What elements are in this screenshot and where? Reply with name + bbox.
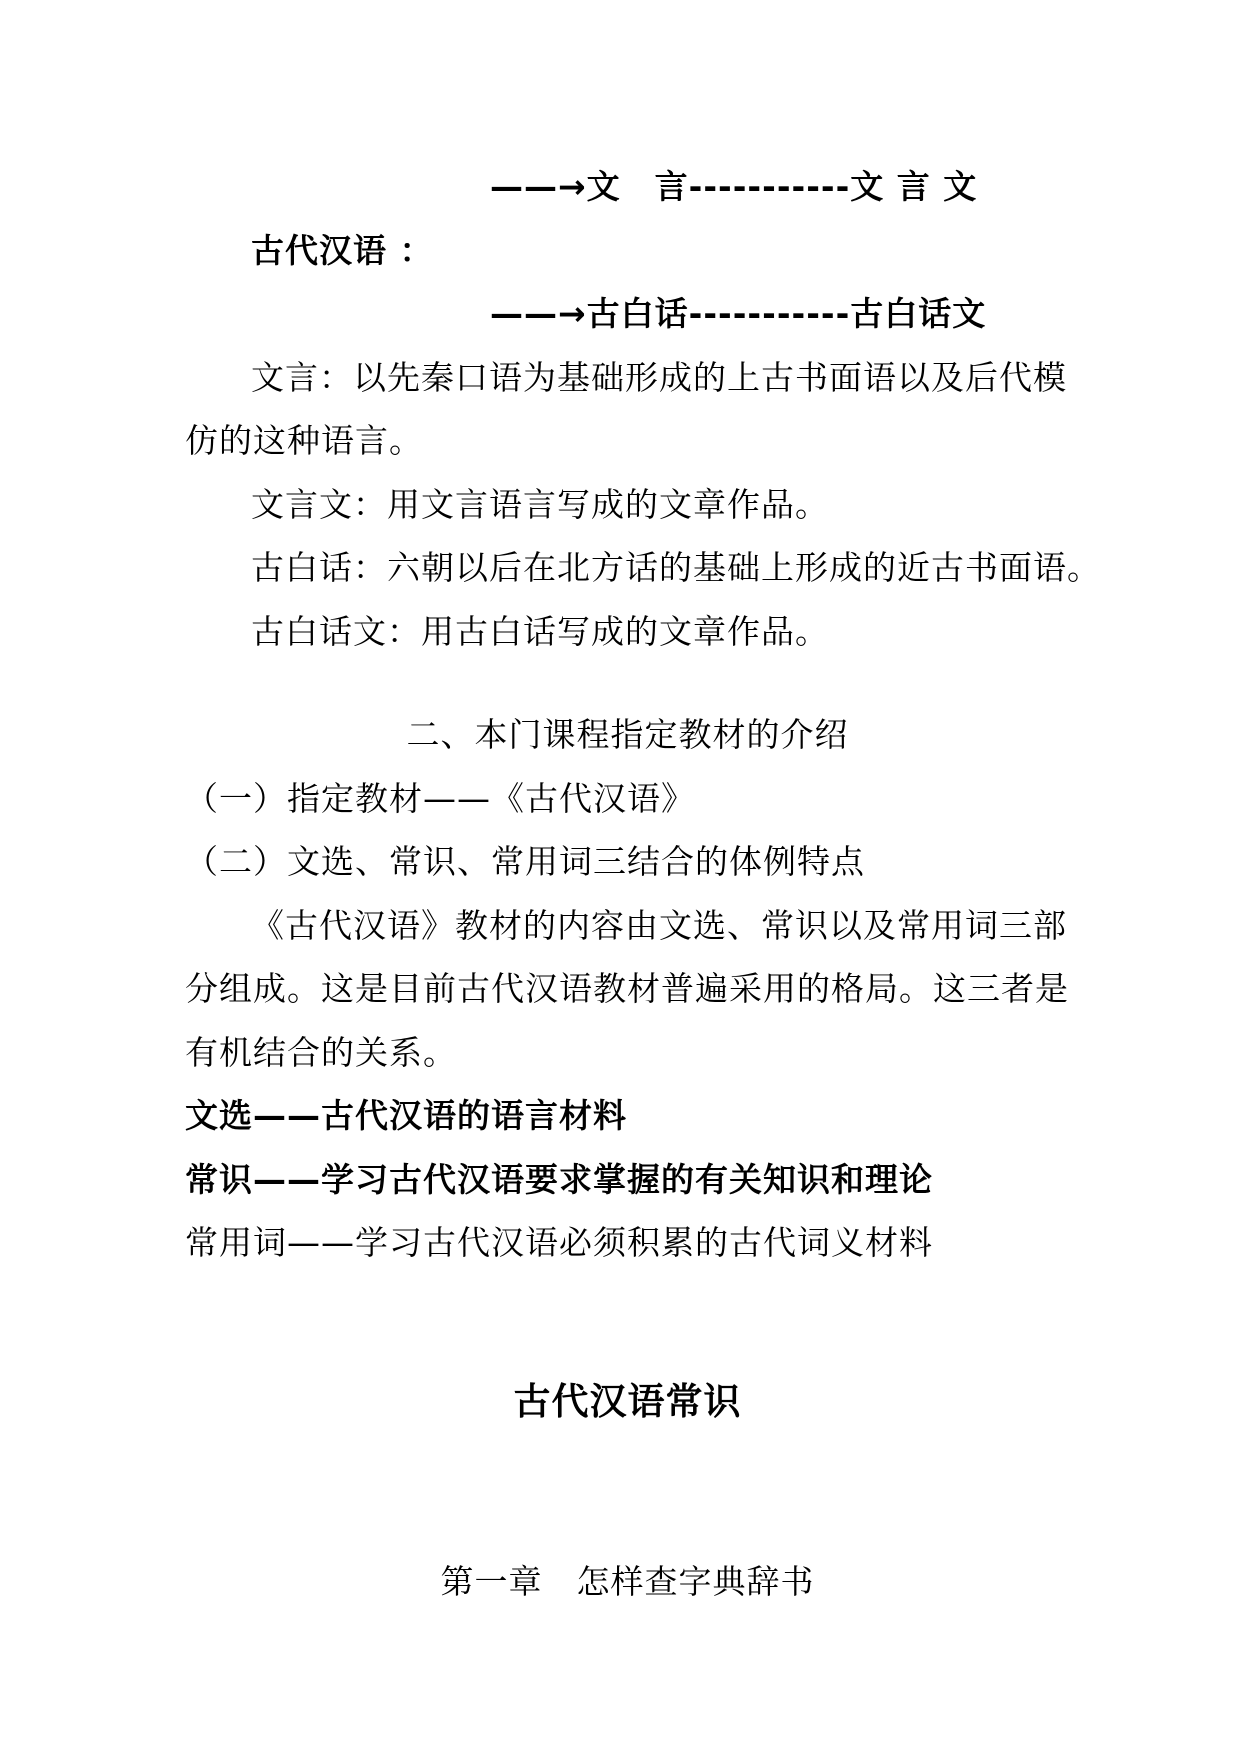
paragraph-textbook-content-line-3: 有机结合的关系。 [185, 1021, 1070, 1085]
chapter-1-heading: 第一章 怎样查字典辞书 [185, 1550, 1070, 1614]
diagram-branch-gubaihua: ——→古白话-----------古白话文 [185, 282, 1070, 346]
diagram-branch-wenyan: ——→文 言-----------文 言 文 [185, 155, 1070, 219]
definition-wenyan-line-1: 文言：以先秦口语为基础形成的上古书面语以及后代模 [185, 346, 1070, 410]
spacer [185, 1275, 1070, 1367]
definition-gubaihua: 古白话：六朝以后在北方话的基础上形成的近古书面语。 [185, 536, 1070, 600]
line-changyongci-material: 常用词——学习古代汉语必须积累的古代词义材料 [185, 1211, 1070, 1275]
item-2-style-features: （二）文选、常识、常用词三结合的体例特点 [185, 830, 1070, 894]
spacer [185, 1437, 1070, 1550]
diagram-label-gudaihanyu: 古代汉语 ： [185, 219, 1070, 283]
paragraph-textbook-content-line-1: 《古代汉语》教材的内容由文选、常识以及常用词三部 [185, 894, 1070, 958]
document-page: ——→文 言-----------文 言 文 古代汉语 ： ——→古白话----… [0, 0, 1241, 1754]
item-1-designated-textbook: （一）指定教材——《古代汉语》 [185, 767, 1070, 831]
title-gudaihanyu-changshi: 古代汉语常识 [185, 1367, 1070, 1437]
line-changshi-knowledge: 常识——学习古代汉语要求掌握的有关知识和理论 [185, 1148, 1070, 1212]
paragraph-textbook-content-line-2: 分组成。这是目前古代汉语教材普遍采用的格局。这三者是 [185, 957, 1070, 1021]
definition-wenyan-line-2: 仿的这种语言。 [185, 409, 1070, 473]
definition-wenyanwen: 文言文：用文言语言写成的文章作品。 [185, 473, 1070, 537]
definition-gubaihuawen: 古白话文：用古白话写成的文章作品。 [185, 600, 1070, 664]
section-heading-textbook-intro: 二、本门课程指定教材的介绍 [185, 703, 1070, 767]
line-wenxuan-material: 文选——古代汉语的语言材料 [185, 1084, 1070, 1148]
spacer [185, 663, 1070, 703]
